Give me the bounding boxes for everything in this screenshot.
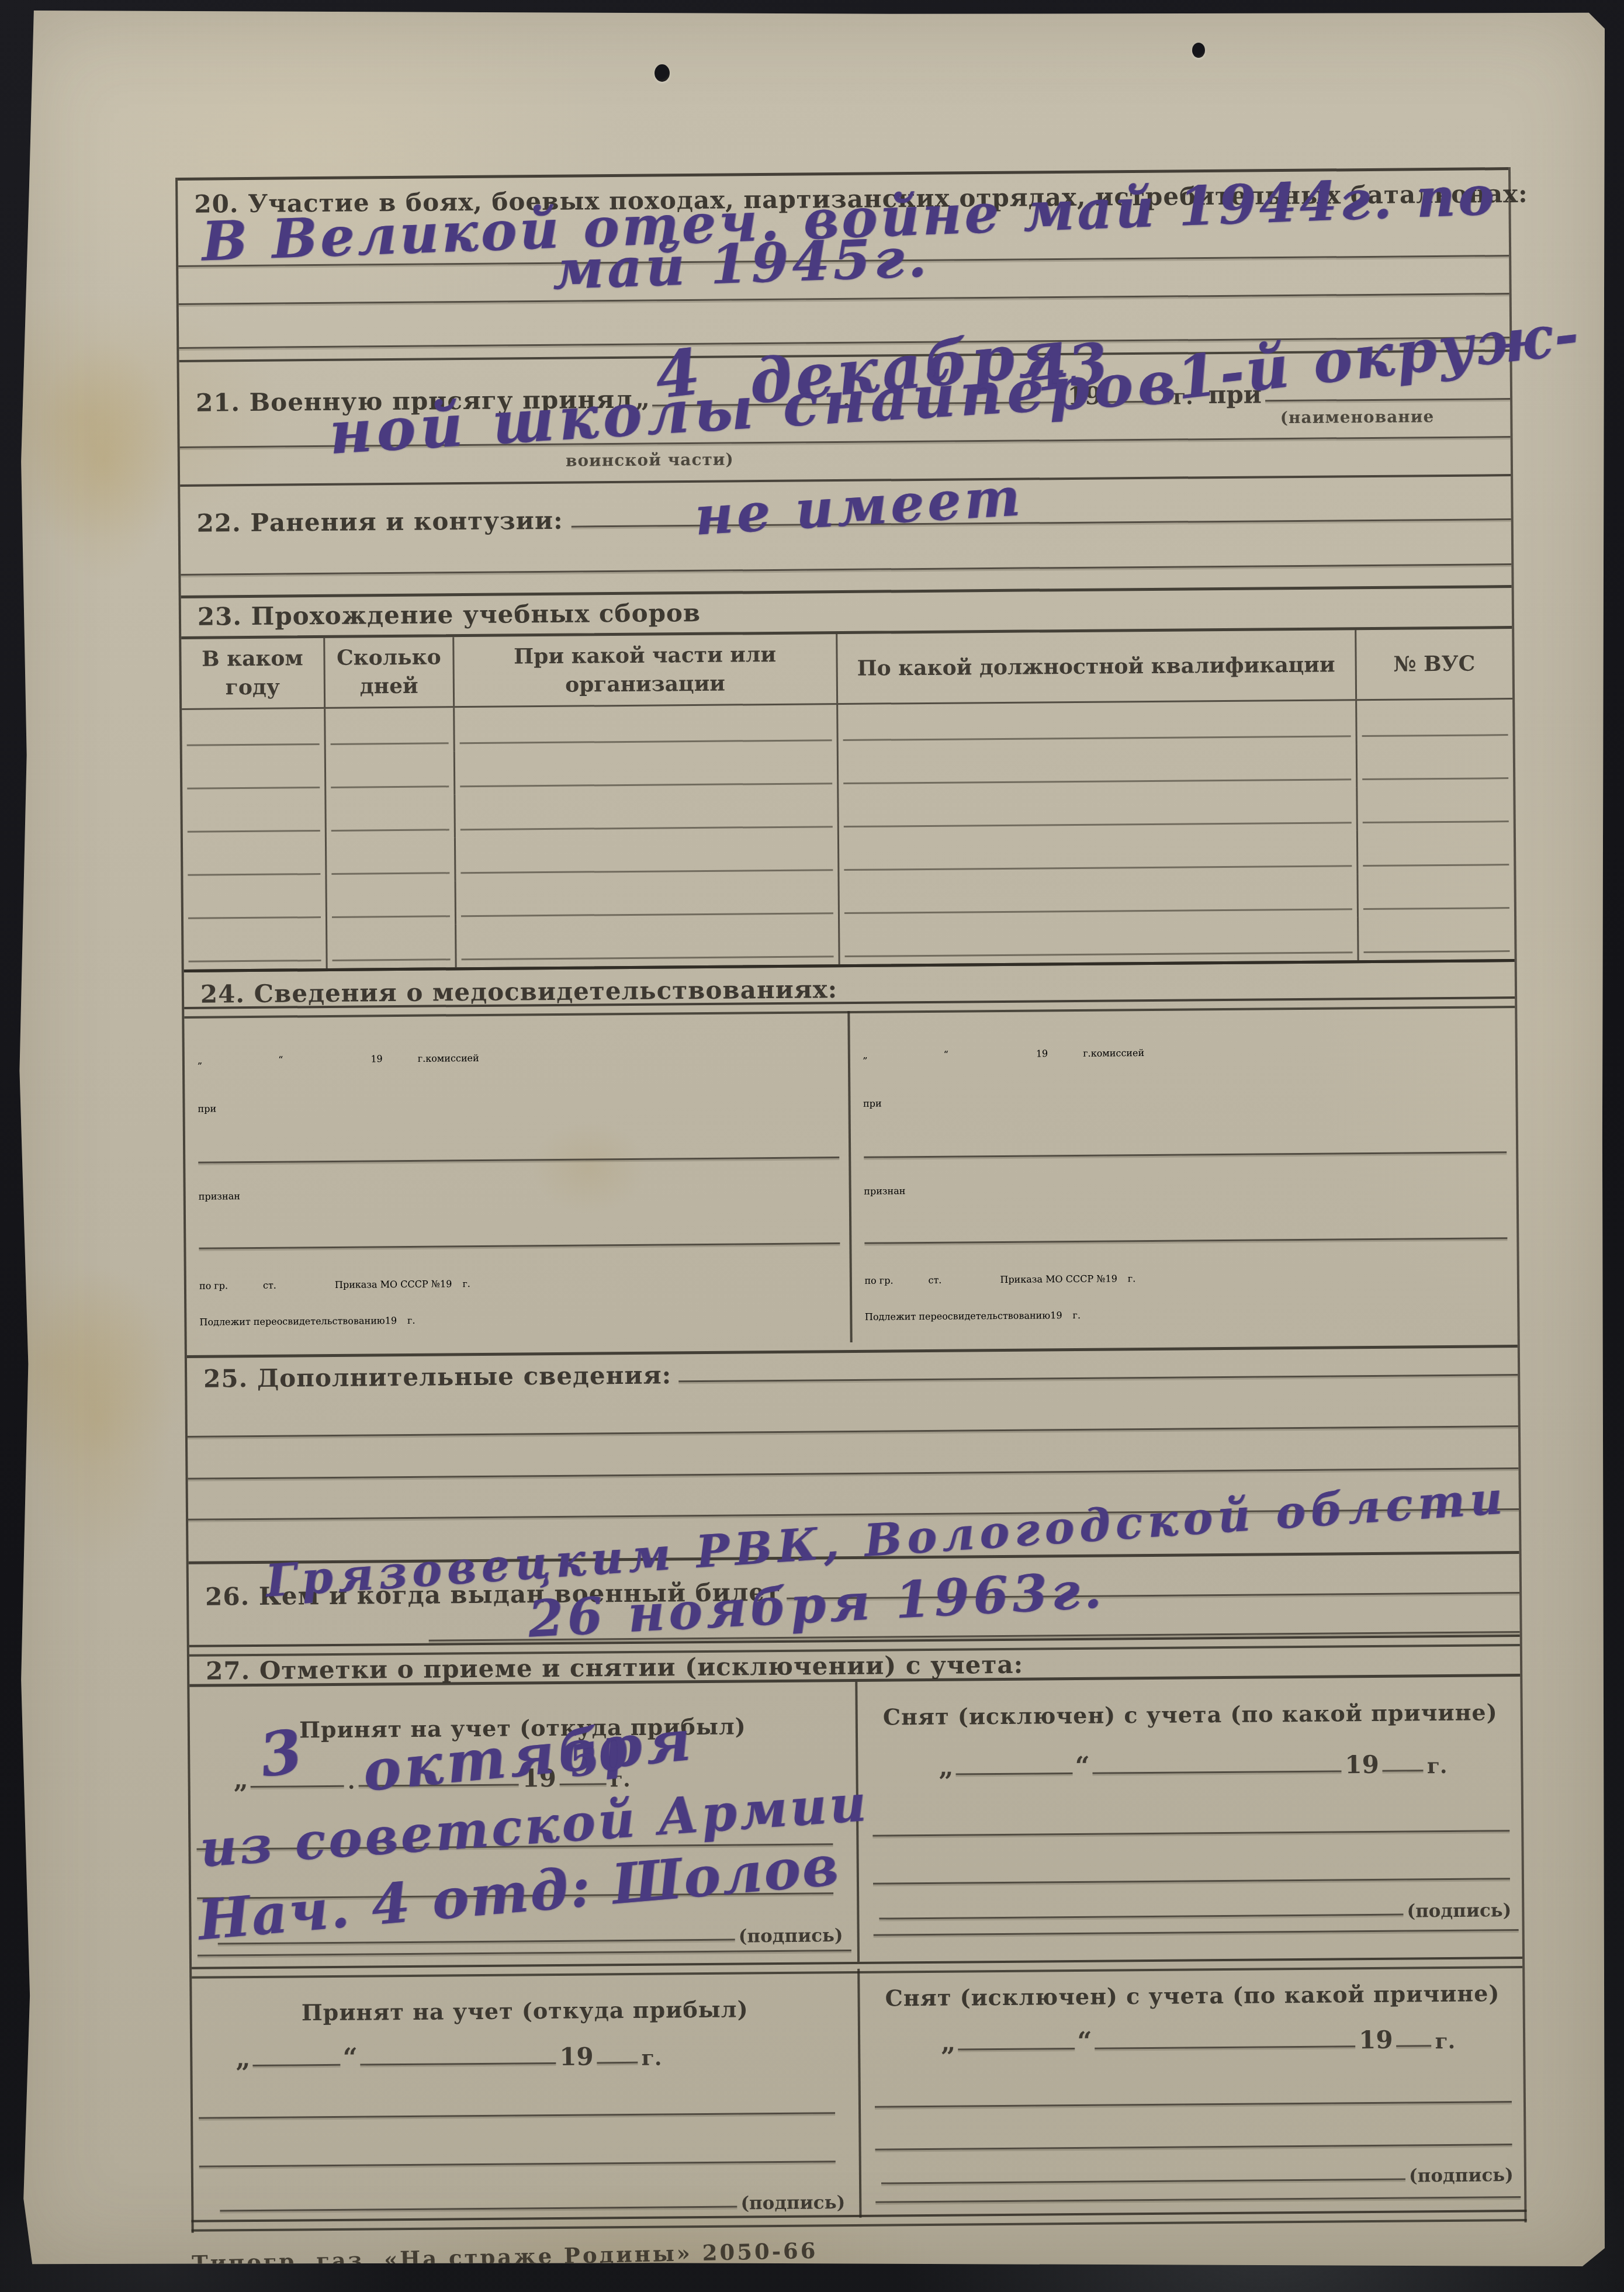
wounds-handwriting: не имеет	[693, 469, 1025, 544]
removed-header: Снят (исключен) с учета (по какой причин…	[862, 1980, 1522, 2011]
day-blank	[868, 1060, 944, 1061]
signature-row: (подпись)	[879, 1892, 1515, 1925]
year-suffix: г.	[1062, 1310, 1081, 1321]
removed-cell-2: Снят (исключен) с учета (по какой причин…	[862, 1964, 1524, 2218]
combat-participation-handwriting-line2: май 1945г.	[552, 229, 931, 299]
column-header-qualification: По какой должностной квалификации	[837, 630, 1357, 703]
year-suffix: г.	[1117, 1273, 1136, 1284]
ruled-line	[199, 2161, 836, 2168]
accept-year-handwriting: 50	[565, 1730, 632, 1786]
year-prefix: 19	[1036, 1048, 1048, 1059]
reason-blank	[1095, 2045, 1355, 2049]
section-22: 22. Ранения и контузии: не имеет	[180, 474, 1511, 598]
year-prefix: 19	[1341, 1753, 1383, 1778]
close-quote: “	[278, 1054, 283, 1065]
med-pri-row: при	[863, 1074, 1507, 1109]
signature-blank	[881, 2179, 1405, 2184]
ruled-line	[875, 2101, 1512, 2108]
med-priznan-row: признан	[864, 1161, 1507, 1197]
dot-token: .	[344, 1771, 359, 1792]
additional-info-row: 25. Дополнительные сведения:	[203, 1352, 1518, 1391]
table-header-row: В каком году Сколько дней При какой част…	[181, 629, 1512, 710]
year-suffix: г.	[1431, 2031, 1459, 2052]
year-suffix: г.	[1424, 1756, 1451, 1777]
order-token: Приказа МО СССР №	[335, 1278, 440, 1290]
med-reexam-row: Подлежит переосвидетельствованию 19 г.	[199, 1292, 840, 1328]
open-quote: „	[198, 1055, 202, 1066]
ruled-line	[872, 1830, 1509, 1837]
year-blank	[1397, 2045, 1432, 2047]
scan-background: 20. Участие в боях, боевых походах, парт…	[0, 0, 1624, 2292]
med-order-row: по гр. ст. Приказа МО СССР № 19 г.	[199, 1256, 840, 1292]
removed-header: Снят (исключен) с учета (по какой причин…	[860, 1699, 1521, 1730]
unit-hint-line2: воинской части)	[566, 449, 734, 470]
section-22-label: 22. Ранения и контузии:	[197, 508, 563, 536]
section-21: 21. Военную присягу принял „ . 19 г. при…	[179, 347, 1511, 487]
close-quote: “	[340, 2045, 360, 2071]
paper-stain	[34, 338, 174, 583]
day-blank	[253, 2064, 341, 2066]
open-quote: „	[863, 1050, 867, 1061]
column-header-unit: При какой части или организации	[454, 634, 838, 706]
st-token: ст.	[263, 1280, 276, 1291]
year-prefix: 19	[440, 1278, 452, 1289]
unit-hint-line1: (наименование	[1280, 407, 1435, 427]
pri-token: при	[198, 1103, 216, 1114]
section-24: 24. Сведения о медосвидетельствованиях: …	[184, 959, 1518, 1358]
year-prefix: 19	[1050, 1310, 1062, 1321]
year-suffix: г.	[418, 1053, 426, 1064]
ruled-line	[199, 2112, 835, 2119]
accepted-header: Принят на учет (откуда прибыл)	[192, 1995, 858, 2027]
pri-token: при	[863, 1098, 882, 1109]
med-priznan-row: признан	[198, 1166, 839, 1202]
column-header-vus: № ВУС	[1356, 629, 1512, 699]
ruled-line	[198, 1950, 851, 1957]
ruled-line	[198, 1157, 839, 1164]
signature-caption: (подпись)	[737, 2194, 849, 2213]
ruled-line	[864, 1151, 1507, 1158]
year-suffix: г.	[452, 1278, 470, 1289]
year-suffix: г.	[638, 2047, 666, 2068]
ruled-line	[875, 2144, 1512, 2151]
month-blank	[360, 2062, 556, 2066]
accepted-cell-2: Принят на учет (откуда прибыл) „ “ 19 г.…	[192, 1969, 861, 2223]
year-suffix: г.	[397, 1315, 415, 1326]
medical-columns: „ “ 19 г. комиссией при	[184, 1006, 1517, 1348]
day-blank	[202, 1065, 278, 1066]
accepted-date-row: „ “ 19 г.	[233, 2039, 665, 2072]
column-header-year: В каком году	[181, 638, 326, 708]
medical-column-right: „ “ 19 г. комиссией при	[850, 1006, 1518, 1342]
ruled-line	[188, 1425, 1518, 1438]
section-23-label: 23. Прохождение учебных сборов	[198, 598, 701, 631]
st-token: ст.	[928, 1275, 941, 1286]
day-blank	[958, 2048, 1075, 2051]
open-quote: „	[233, 2046, 253, 2072]
signature-blank	[220, 2206, 737, 2212]
med-date-row: „ “ 19 г. комиссией	[863, 1025, 1506, 1061]
removed-date-row: „ “ 19 г.	[939, 2023, 1459, 2056]
priznan-token: признан	[864, 1185, 905, 1197]
signature-row: (подпись)	[220, 2184, 849, 2217]
year-blank	[597, 2062, 638, 2064]
year-prefix: 19	[1355, 2028, 1397, 2053]
pogr-token: по гр.	[199, 1280, 228, 1291]
commission-token: комиссией	[1091, 1047, 1145, 1059]
signature-caption: (подпись)	[1403, 1902, 1515, 1920]
month-blank	[948, 1059, 1036, 1060]
open-quote: „	[936, 1755, 956, 1781]
med-reexam-row: Подлежит переосвидетельствованию 19 г.	[865, 1287, 1508, 1322]
year-prefix: 19	[556, 2044, 597, 2069]
year-prefix: 19	[1105, 1273, 1117, 1284]
pogr-token: по гр.	[864, 1275, 893, 1286]
close-quote: “	[1073, 1754, 1093, 1779]
close-quote: “	[1075, 2029, 1095, 2055]
accepted-cell-1: Принят на учет (откуда прибыл) „ . 19 г.…	[189, 1682, 860, 1967]
document-page: 20. Участие в боях, боевых походах, парт…	[16, 11, 1605, 2266]
signature-blank	[879, 1914, 1403, 1920]
removed-cell-1: Снят (исключен) с учета (по какой причин…	[860, 1677, 1522, 1962]
ruled-line	[188, 1467, 1519, 1480]
section-23: 23. Прохождение учебных сборов В каком г…	[181, 585, 1515, 972]
column-header-days: Сколько дней	[325, 637, 455, 707]
removed-date-row: „ “ 19 г.	[936, 1747, 1450, 1781]
med-pri-row: при	[198, 1079, 839, 1114]
open-quote: „	[231, 1767, 251, 1793]
printer-imprint: Типогр. газ. «На страже Родины» 2050-66	[192, 2238, 818, 2276]
training-camps-table: В каком году Сколько дней При какой част…	[181, 626, 1514, 972]
staple-hole	[1192, 43, 1205, 58]
ruled-line	[179, 293, 1509, 305]
priznan-token: признан	[199, 1190, 240, 1202]
year-suffix: г.	[1083, 1048, 1091, 1059]
year-blank	[1383, 1770, 1424, 1772]
paper-stain	[22, 1267, 174, 1571]
order-token: Приказа МО СССР №	[1000, 1273, 1105, 1285]
year-prefix: 19	[385, 1315, 397, 1326]
reexam-token: Подлежит переосвидетельствованию	[865, 1310, 1050, 1322]
registration-table: Принят на учет (откуда прибыл) „ . 19 г.…	[189, 1674, 1524, 2223]
ruled-line	[875, 2196, 1521, 2203]
section-26: Грязовецким РВК, Вологодской облсти 26. …	[189, 1551, 1520, 1652]
section-27: 27. Отметки о приеме и снятии (исключени…	[189, 1642, 1525, 2233]
form-frame: 20. Участие в боях, боевых походах, парт…	[175, 167, 1527, 2233]
medical-column-left: „ “ 19 г. комиссией при	[184, 1011, 852, 1348]
staple-hole	[655, 64, 670, 82]
ruled-line	[874, 1929, 1519, 1936]
ruled-line	[181, 563, 1511, 576]
open-quote: „	[939, 2030, 958, 2056]
signature-row: (подпись)	[881, 2156, 1517, 2190]
reason-blank	[1092, 1770, 1341, 1774]
day-blank	[956, 1772, 1073, 1775]
year-prefix: 19	[370, 1053, 383, 1064]
signature-caption: (подпись)	[735, 1927, 847, 1945]
reexam-token: Подлежит переосвидетельствованию	[199, 1315, 385, 1327]
st-blank	[276, 1290, 335, 1291]
commission-token: комиссией	[425, 1052, 479, 1064]
med-order-row: по гр. ст. Приказа МО СССР № 19 г.	[864, 1251, 1508, 1286]
close-quote: “	[944, 1049, 948, 1060]
st-blank	[941, 1285, 1000, 1286]
ruled-line	[864, 1237, 1507, 1244]
signature-caption: (подпись)	[1405, 2166, 1517, 2185]
section-25-label: 25. Дополнительные сведения:	[203, 1363, 671, 1391]
ruled-line	[873, 1878, 1510, 1885]
ruled-line	[199, 1242, 839, 1249]
info-blank	[678, 1374, 1518, 1382]
month-blank	[283, 1064, 370, 1065]
med-date-row: „ “ 19 г. комиссией	[198, 1030, 839, 1066]
